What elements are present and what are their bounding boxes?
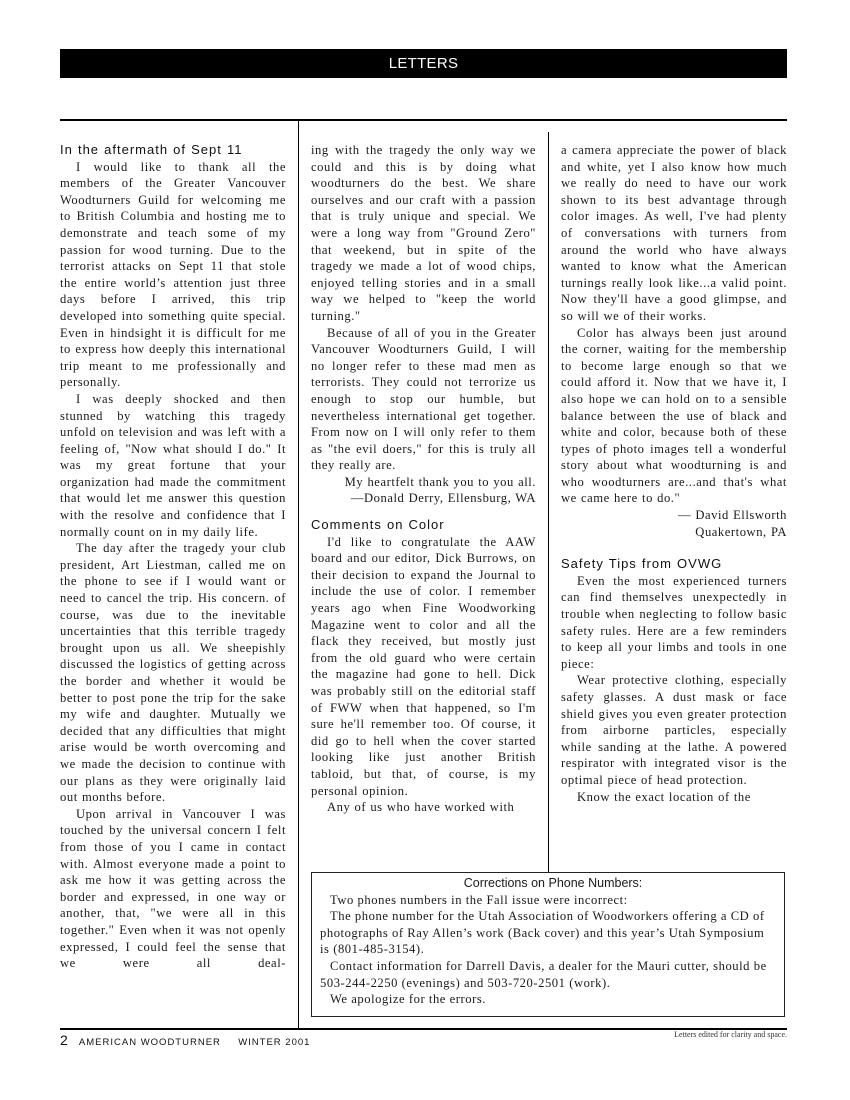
- publication-name: AMERICAN WOODTURNER: [79, 1037, 221, 1048]
- paragraph: Upon arrival in Vancouver I was touched …: [60, 806, 286, 972]
- section-banner: LETTERS: [60, 49, 787, 78]
- paragraph: I'd like to congratulate the AAW board a…: [311, 534, 536, 800]
- top-rule: [60, 119, 787, 121]
- paragraph: Because of all of you in the Greater Van…: [311, 325, 536, 474]
- column-2: ing with the tragedy the only way we cou…: [311, 142, 536, 816]
- paragraph: Contact information for Darrell Davis, a…: [320, 958, 776, 991]
- paragraph: Wear protective clothing, especially saf…: [561, 672, 787, 788]
- paragraph: Color has always been just around the co…: [561, 325, 787, 508]
- paragraph-continuation: ing with the tragedy the only way we cou…: [311, 142, 536, 325]
- column-divider-1: [298, 119, 299, 1029]
- column-3: a camera appreciate the power of black a…: [561, 142, 787, 805]
- paragraph-continuation: a camera appreciate the power of black a…: [561, 142, 787, 325]
- column-1: In the aftermath of Sept 11 I would like…: [60, 142, 286, 972]
- paragraph: Know the exact location of the: [561, 789, 787, 806]
- column-divider-2: [548, 132, 549, 872]
- letter-heading-color: Comments on Color: [311, 517, 536, 534]
- page-footer: 2 AMERICAN WOODTURNER WINTER 2001: [60, 1032, 310, 1048]
- page-number: 2: [60, 1032, 68, 1048]
- paragraph: My heartfelt thank you to you all.: [311, 474, 536, 491]
- signature-donald-derry: —Donald Derry, Ellensburg, WA: [311, 490, 536, 507]
- signature-name: — David Ellsworth: [561, 507, 787, 524]
- paragraph: Two phones numbers in the Fall issue wer…: [320, 892, 776, 909]
- editorial-note: Letters edited for clarity and space.: [674, 1030, 787, 1039]
- corrections-box: Corrections on Phone Numbers: Two phones…: [311, 872, 785, 1017]
- paragraph: I was deeply shocked and then stunned by…: [60, 391, 286, 540]
- paragraph: The day after the tragedy your club pres…: [60, 540, 286, 806]
- paragraph: Even the most experienced turners can fi…: [561, 573, 787, 673]
- paragraph: We apologize for the errors.: [320, 991, 776, 1008]
- paragraph: The phone number for the Utah Associatio…: [320, 908, 776, 958]
- paragraph: Any of us who have worked with: [311, 799, 536, 816]
- signature-place: Quakertown, PA: [561, 524, 787, 541]
- paragraph: I would like to thank all the members of…: [60, 159, 286, 391]
- issue-label: WINTER 2001: [238, 1037, 310, 1048]
- letter-heading-sept11: In the aftermath of Sept 11: [60, 142, 286, 159]
- letter-heading-safety: Safety Tips from OVWG: [561, 556, 787, 573]
- corrections-title: Corrections on Phone Numbers:: [320, 875, 776, 892]
